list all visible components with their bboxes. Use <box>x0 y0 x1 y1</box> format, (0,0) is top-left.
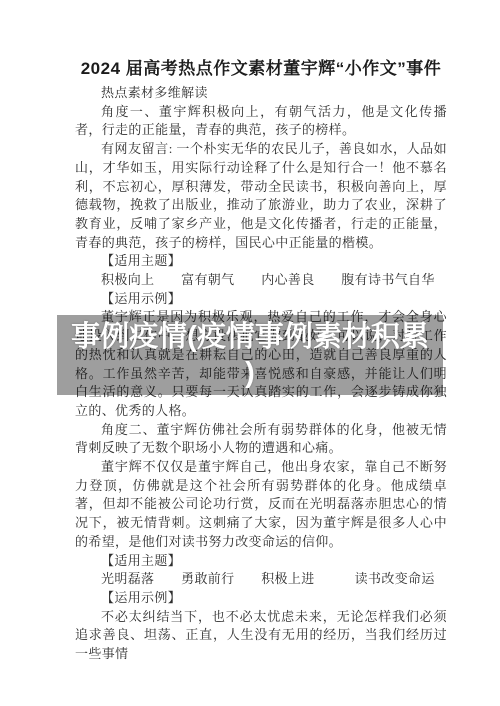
section-heading: 热点素材多维解读 <box>75 84 447 103</box>
paragraph-example-2: 不必太纠结当下，也不必太忧虑未来，无论怎样我们必须追求善良、坦荡、正直，人生没有… <box>75 608 447 664</box>
document-title: 2024 届高考热点作文素材董宇辉“小作文”事件 <box>75 59 447 79</box>
label-applicable-themes-2: 【适用主题】 <box>75 552 447 571</box>
label-usage-example-2: 【运用示例】 <box>75 589 447 608</box>
paragraph-netizen-comment: 有网友留言: 一个朴实无华的农民儿子，善良如水，人品如山，才华如玉，用实际行动诠… <box>75 140 447 252</box>
paragraph-angle-two-detail: 董宇辉不仅仅是董宇辉自己，他出身农家，靠自己不断努力登顶，仿佛就是这个社会所有弱… <box>75 458 447 552</box>
label-usage-example-1: 【运用示例】 <box>75 290 447 309</box>
themes-list-2: 光明磊落 勇敢前行 积极上进 读书改变命运 <box>75 570 447 589</box>
overlay-title-line2: ) <box>245 355 255 392</box>
overlay-title-banner: 事例疫情(疫情事例素材积累 ) <box>57 315 443 395</box>
overlay-title-line1: 事例疫情(疫情事例素材积累 <box>71 319 429 356</box>
paragraph-angle-one: 角度一、董宇辉积极向上，有朝气活力，他是文化传播者，行走的正能量，青春的典范，孩… <box>75 103 447 140</box>
paragraph-angle-two: 角度二、董宇辉仿佛社会所有弱势群体的化身，他被无情背刺反映了无数个职场小人物的遭… <box>75 421 447 458</box>
themes-list-1: 积极向上 富有朝气 内心善良 腹有诗书气自华 <box>75 271 447 290</box>
document-page: 2024 届高考热点作文素材董宇辉“小作文”事件 热点素材多维解读 角度一、董宇… <box>0 0 500 706</box>
label-applicable-themes-1: 【适用主题】 <box>75 252 447 271</box>
